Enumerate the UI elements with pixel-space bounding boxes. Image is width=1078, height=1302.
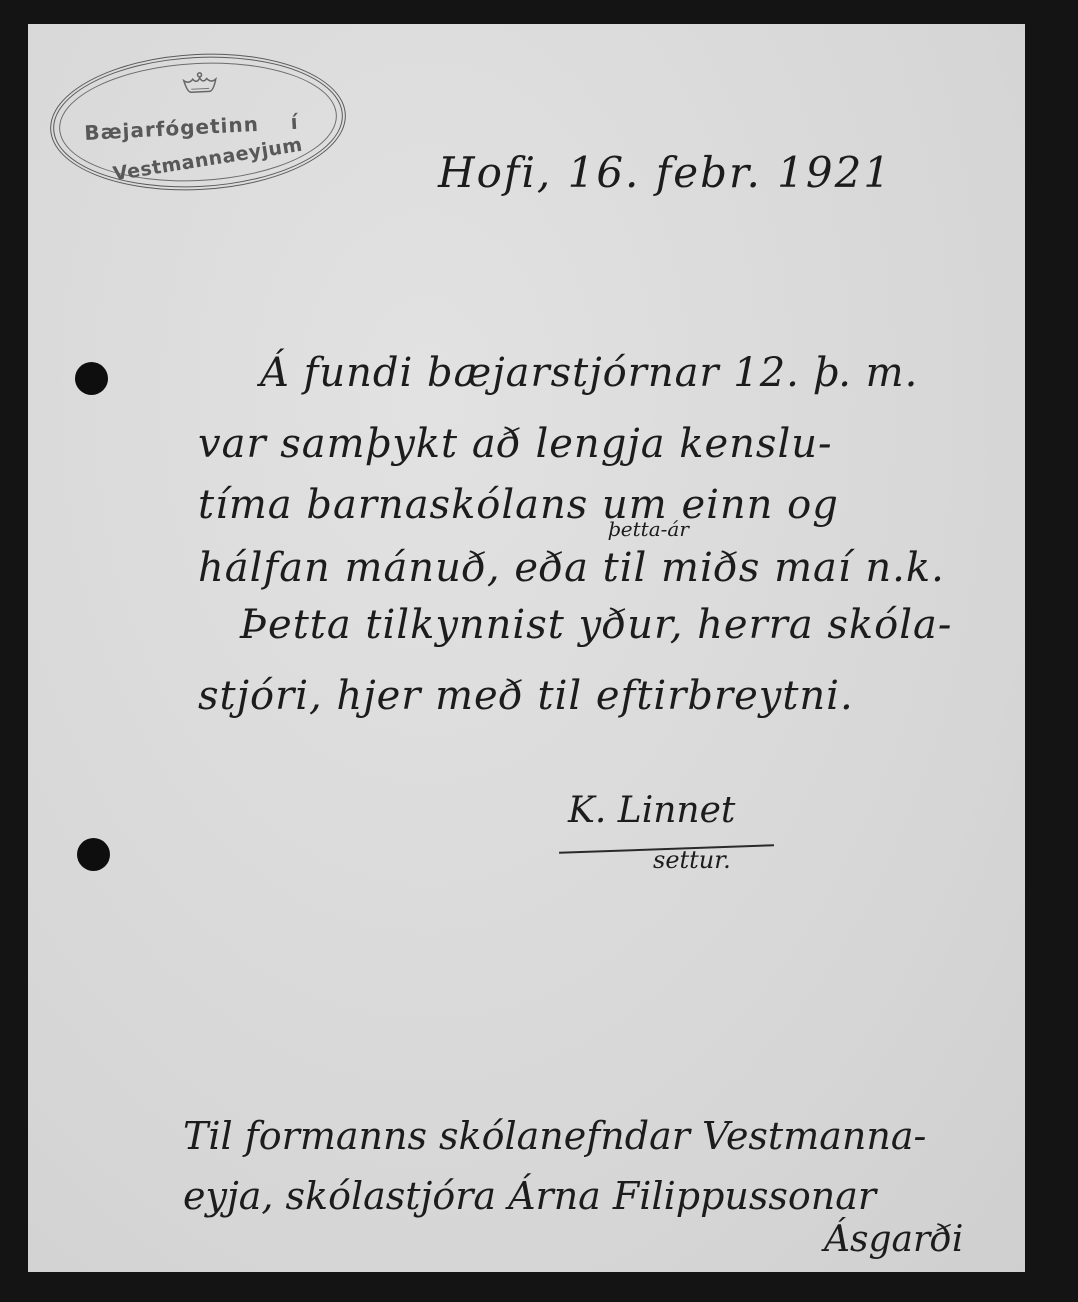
address-line-1: Til formanns skólanefndar Vestmanna- [183,1114,926,1158]
body-line-1: Á fundi bæjarstjórnar 12. þ. m. [260,350,918,396]
punch-hole-bottom [77,838,110,871]
letter-date: Hofi, 16. febr. 1921 [438,148,892,197]
address-line-2: eyja, skólastjóra Árna Filippussonar [183,1174,876,1218]
document-page: Bæjarfógetinn í Vestmannaeyjum Hofi, 16.… [28,24,1025,1272]
address-place: Ásgarði [824,1219,963,1260]
punch-hole-top [75,362,108,395]
crown-icon [180,71,219,95]
body-line-6: stjóri, hjer með til eftirbreytni. [198,673,854,719]
official-stamp: Bæjarfógetinn í Vestmannaeyjum [47,46,350,197]
body-line-2: var samþykt að lengja kenslu- [198,421,833,467]
body-line-4: hálfan mánuð, eða til miðs maí n.k. [198,545,945,591]
body-insertion: þetta-ár [608,517,689,541]
body-line-5: Þetta tilkynnist yður, herra skóla- [240,602,952,648]
signature-title: settur. [653,846,731,874]
signature: K. Linnet [568,790,735,831]
body-line-3: tíma barnaskólans um einn og [198,482,839,528]
